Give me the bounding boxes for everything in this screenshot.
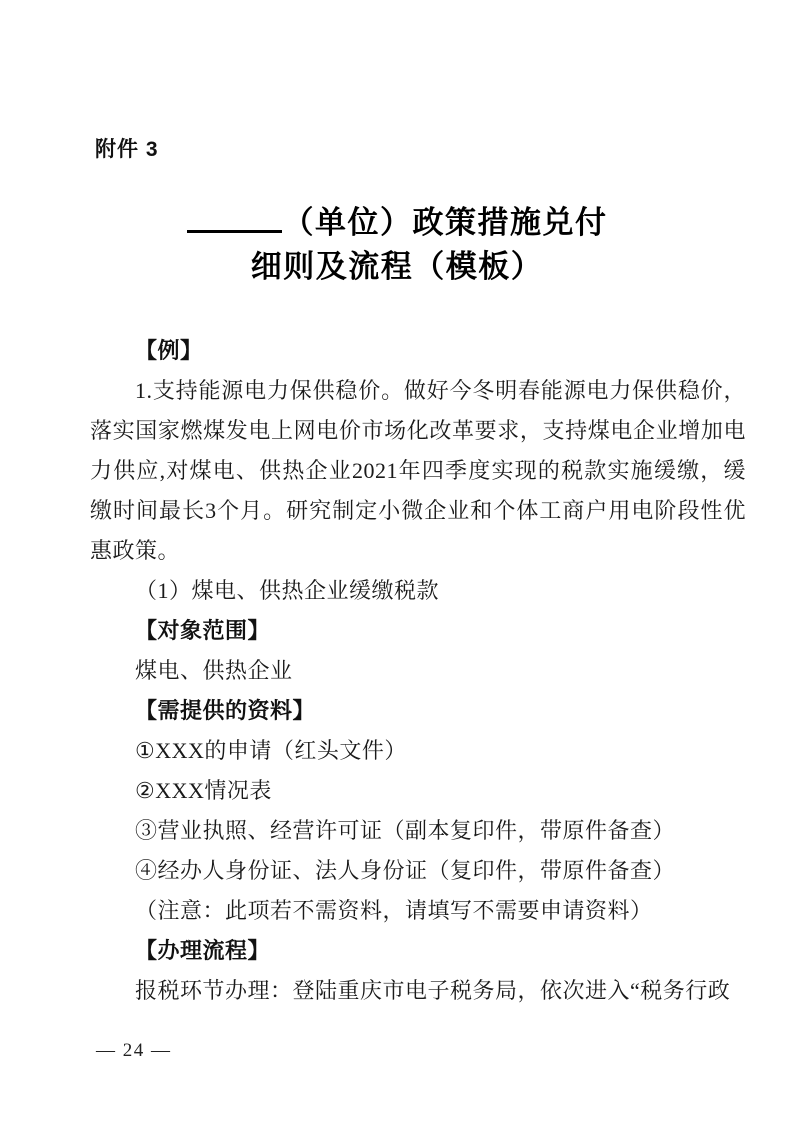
materials-label: 【需提供的资料】 [90,691,746,731]
material-item-3: ③营业执照、经营许可证（副本复印件，带原件备查） [90,811,746,851]
policy-paragraph: 1.支持能源电力保供稳价。做好今冬明春能源电力保供稳价，落实国家燃煤发电上网电价… [90,371,746,571]
attachment-label: 附件 3 [95,133,159,163]
document-body: 【例】 1.支持能源电力保供稳价。做好今冬明春能源电力保供稳价，落实国家燃煤发电… [90,331,746,1011]
document-title: （单位）政策措施兑付 细则及流程（模板） [0,200,794,289]
process-text: 报税环节办理：登陆重庆市电子税务局，依次进入“税务行政 [90,971,746,1011]
title-line-2: 细则及流程（模板） [0,245,794,289]
scope-value: 煤电、供热企业 [90,651,746,691]
example-label: 【例】 [90,331,746,371]
material-item-4: ④经办人身份证、法人身份证（复印件，带原件备查） [90,851,746,891]
material-item-1: ①XXX的申请（红头文件） [90,731,746,771]
scope-label: 【对象范围】 [90,611,746,651]
document-page: 附件 3 （单位）政策措施兑付 细则及流程（模板） 【例】 1.支持能源电力保供… [0,0,794,1123]
title-line-1: （单位）政策措施兑付 [0,200,794,245]
blank-underline [187,200,282,233]
page-number: — 24 — [96,1040,172,1062]
material-item-2: ②XXX情况表 [90,771,746,811]
process-label: 【办理流程】 [90,931,746,971]
materials-note: （注意：此项若不需资料，请填写不需要申请资料） [90,891,746,931]
item-1-title: （1）煤电、供热企业缓缴税款 [90,571,746,611]
title-line-1-text: （单位）政策措施兑付 [283,205,608,240]
